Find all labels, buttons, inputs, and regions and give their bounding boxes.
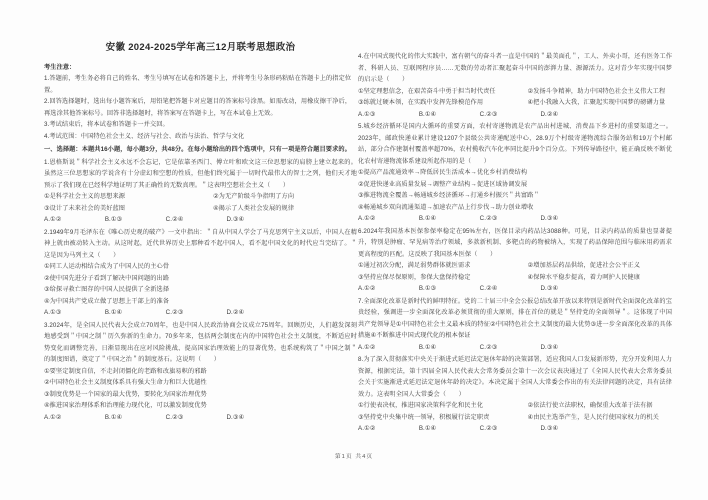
choice-item: B.①④ — [105, 307, 164, 319]
option-item: ③坚持党中央集中统一领导，积极履行法定职责 — [358, 412, 528, 424]
choice-item: C.②③ — [166, 412, 225, 424]
choice-row: A.①② B.①④ C.②③ D.③④ — [358, 213, 672, 225]
choice-item: D.②④ — [226, 307, 285, 319]
question-stem: 8.为了深入贯彻落实中央关于渐进式延迟法定退休年龄的决策部署，适应我国人口发展新… — [358, 354, 672, 400]
note-item: 4.考试范围：中国特色社会主义、经济与社会、政治与法治、哲学与文化 — [44, 131, 357, 143]
choice-item: A.①② — [358, 213, 417, 225]
choice-row: A.①③ B.①④ C.②③ D.②④ — [358, 109, 672, 121]
choice-item: B.①③ — [105, 214, 164, 226]
option-item: ③制度优势是一个国家的最大优势，要转化为国家治理优势 — [44, 389, 357, 401]
option-item: ③设计了未来社会的美好蓝图 — [44, 203, 213, 215]
option-list: ①同工人运动相结合成为了中国人民的主心骨 ②使中国先进分子看到了解决中国问题的出… — [44, 261, 357, 307]
choice-item: A.①② — [44, 412, 103, 424]
choice-item: A.①② — [44, 214, 103, 226]
section-heading: 一、选择题：本题共16小题，每小题3分，共48分。在每小题给出的四个选项中，只有… — [44, 144, 357, 156]
option-item: ②发扬斗争精神，助力中国特色社会主义伟大工程 — [528, 86, 672, 98]
question-block: 3.2024年，是全国人民代表大会成立70周年，也是中国人民政治协商会议成立75… — [44, 320, 357, 424]
question-stem: 7.全面深化改革是新时代的鲜明特征。党的二十届三中全会公报总结改革开放以来特别是… — [358, 296, 672, 342]
choice-item: B.①③ — [419, 283, 478, 295]
option-item: ②为无产阶级斗争指明了方向 — [213, 191, 357, 203]
option-item: ③推进物流全覆盖→畅通城乡经济循环→打通乡村振兴＂共富路＂ — [358, 190, 672, 202]
option-item: ②促进快递业高质量发展→调整产业结构→促进区域协调发展 — [358, 179, 672, 191]
choice-item: C.②③ — [480, 213, 539, 225]
choice-item: B.①④ — [419, 342, 478, 354]
note-item: 3.考试结束后，将本试卷和答题卡一并交回。 — [44, 119, 357, 131]
option-item: ②使中国先进分子看到了解决中国问题的出路 — [44, 273, 357, 285]
option-item: ①提高产品流通效率→降低居民生活成本→优化乡村消费结构 — [358, 167, 672, 179]
question-block: 7.全面深化改革是新时代的鲜明特征。党的二十届三中全会公报总结改革开放以来特别是… — [358, 296, 672, 354]
question-stem: 1.恩格斯说＂科学社会主义永远不会忘记，它是依靠圣西门、傅立叶和欧文这三位思想家… — [44, 157, 357, 192]
choice-item: B.①④ — [419, 213, 478, 225]
choice-item: B.①④ — [419, 423, 478, 435]
question-stem: 5.城乡经济循环是国内大循环的重要方面，农村寄递物流是农产品出村进城、消费品下乡… — [358, 121, 672, 167]
note-item: 1.答题前，考生务必将自己的姓名、考生号填写在试卷和答题卡上，并将考生号条形码粘… — [44, 73, 357, 96]
question-block: 5.城乡经济循环是国内大循环的重要方面，农村寄递物流是农产品出村进城、消费品下乡… — [358, 121, 672, 225]
option-list: ①要坚定制度自信，不走封闭僵化的老路和改旗易帜的邪路 ②中国特色社会主义制度体系… — [44, 366, 357, 412]
choice-row: A.①② B.①④ C.②③ D.③④ — [358, 342, 672, 354]
option-item: ①要坚定制度自信，不走封闭僵化的老路和改旗易帜的邪路 — [44, 366, 357, 378]
choice-row: A.①③ B.①④ C.②③ D.②④ — [44, 307, 357, 319]
choice-item: A.①③ — [358, 109, 417, 121]
choice-item: C.②③ — [166, 307, 225, 319]
option-list: ①是科学社会主义的思想来源 ②为无产阶级斗争指明了方向 ③设计了未来社会的美好蓝… — [44, 191, 357, 214]
choice-item: C.②③ — [480, 423, 539, 435]
choice-row: A.①② B.①④ C.②③ D.③④ — [358, 423, 672, 435]
option-item: ①行使表决权，推进国家决策科学化和民主化 — [358, 400, 528, 412]
choice-item: A.①② — [358, 283, 417, 295]
option-list: ①通过初次分配，满足弱势群体就医需求 ②增加基层药品供给，促进社会公平正义 ③坚… — [358, 260, 672, 283]
choice-item: C.②③ — [480, 109, 539, 121]
option-item: ④畅通城乡双向流通渠道→加速农产品上行步伐→助力创业增收 — [358, 202, 672, 214]
option-list: ①行使表决权，推进国家决策科学化和民主化 ②依法行使立法职权，确保重大改革于法有… — [358, 400, 672, 423]
note-item: 2.回答选择题时，选出每小题答案后，用铅笔把答题卡对应题目的答案标号涂黑。如需改… — [44, 96, 357, 119]
choice-item: D.③④ — [540, 283, 599, 295]
choice-item: A.①② — [358, 342, 417, 354]
choice-item: A.①② — [358, 423, 417, 435]
option-list: ①坚定理想信念，在艰苦奋斗中勇于担当时代责任 ②发扬斗争精神，助力中国特色社会主… — [358, 86, 672, 109]
option-item: ①是科学社会主义的思想来源 — [44, 191, 213, 203]
question-stem: 4.在中国式现代化的伟大实践中，富有朝气的奋斗者一直是中国的＂最美面孔＂，工人、… — [358, 51, 672, 86]
choice-item: D.③④ — [226, 214, 285, 226]
question-stem: 6.2024年我国基本医保参保率稳定在95%左右，医保目录内药品达3088种。可… — [358, 226, 672, 261]
notes-heading: 考生注意： — [44, 62, 357, 74]
question-stem: 3.2024年，是全国人民代表大会成立70周年，也是中国人民政治协商会议成立75… — [44, 320, 357, 366]
option-item: ④保障水平稳步提高，着力呵护人民健康 — [528, 272, 672, 284]
option-item: ②中国特色社会主义制度体系具有强大生命力和巨大优越性 — [44, 377, 357, 389]
page-footer: 第1页 共4页 — [284, 451, 424, 460]
option-item: ③给探寻救亡图存的中国人民提供了全新选择 — [44, 284, 357, 296]
choice-item: D.③④ — [540, 342, 599, 354]
option-list: ①提高产品流通效率→降低居民生活成本→优化乡村消费结构 ②促进快递业高质量发展→… — [358, 167, 672, 213]
choice-item: B.①④ — [105, 412, 164, 424]
scanned-exam-page: 安徽 2024-2025学年高三12月联考思想政治 考生注意： 1.答题前，考生… — [0, 0, 708, 500]
choice-item: D.③④ — [540, 423, 599, 435]
option-item: ①同工人运动相结合成为了中国人民的主心骨 — [44, 261, 357, 273]
option-item: ④由民主选举产生，是人民行使国家权力的机关 — [528, 412, 672, 424]
option-item: ①坚定理想信念，在艰苦奋斗中勇于担当时代责任 — [358, 86, 528, 98]
question-stem: 2.1949年9月毛泽东在《唯心历史观的破产》一文中指出：＂自从中国人学会了马克… — [44, 227, 357, 262]
choice-item: D.③④ — [226, 412, 285, 424]
option-item: ②增加基层药品供给，促进社会公平正义 — [528, 260, 672, 272]
question-block: 6.2024年我国基本医保参保率稳定在95%左右，医保目录内药品达3088种。可… — [358, 226, 672, 295]
choice-item: A.①③ — [44, 307, 103, 319]
option-item: ②依法行使立法职权，确保重大改革于法有据 — [528, 400, 672, 412]
choice-item: B.①④ — [419, 109, 478, 121]
page-title: 安徽 2024-2025学年高三12月联考思想政治 — [44, 42, 357, 54]
option-item: ③坚持应保尽保原则，参保大盘保持稳定 — [358, 272, 528, 284]
question-block: 8.为了深入贯彻落实中央关于渐进式延迟法定退休年龄的决策部署，适应我国人口发展新… — [358, 354, 672, 435]
option-item: ③练就过硬本领，在实践中发挥先锋模范作用 — [358, 97, 528, 109]
left-column: 安徽 2024-2025学年高三12月联考思想政治 考生注意： 1.答题前，考生… — [44, 42, 357, 424]
choice-row: A.①② B.①③ C.②④ D.③④ — [44, 214, 357, 226]
question-block: 4.在中国式现代化的伟大实践中，富有朝气的奋斗者一直是中国的＂最美面孔＂，工人、… — [358, 51, 672, 120]
choice-row: A.①② B.①④ C.②③ D.③④ — [44, 412, 357, 424]
option-item: ④为中国共产党成立做了思想上干部上的准备 — [44, 296, 357, 308]
option-item: ④揭示了人类社会发展的规律 — [213, 203, 357, 215]
choice-item: C.②④ — [166, 214, 225, 226]
option-item: ④把小我融入大我，汇聚起实现中国梦的磅礴力量 — [528, 97, 672, 109]
question-block: 2.1949年9月毛泽东在《唯心历史观的破产》一文中指出：＂自从中国人学会了马克… — [44, 227, 357, 319]
option-item: ①通过初次分配，满足弱势群体就医需求 — [358, 260, 528, 272]
choice-item: C.②④ — [480, 283, 539, 295]
choice-item: C.②③ — [480, 342, 539, 354]
right-column: 4.在中国式现代化的伟大实践中，富有朝气的奋斗者一直是中国的＂最美面孔＂，工人、… — [358, 50, 672, 436]
question-block: 1.恩格斯说＂科学社会主义永远不会忘记，它是依靠圣西门、傅立叶和欧文这三位思想家… — [44, 157, 357, 226]
choice-row: A.①② B.①③ C.②④ D.③④ — [358, 283, 672, 295]
option-item: ④推进国家治理体系和治理能力现代化，可以激发制度优势 — [44, 400, 357, 412]
choice-item: D.③④ — [540, 213, 599, 225]
choice-item: D.②④ — [540, 109, 599, 121]
